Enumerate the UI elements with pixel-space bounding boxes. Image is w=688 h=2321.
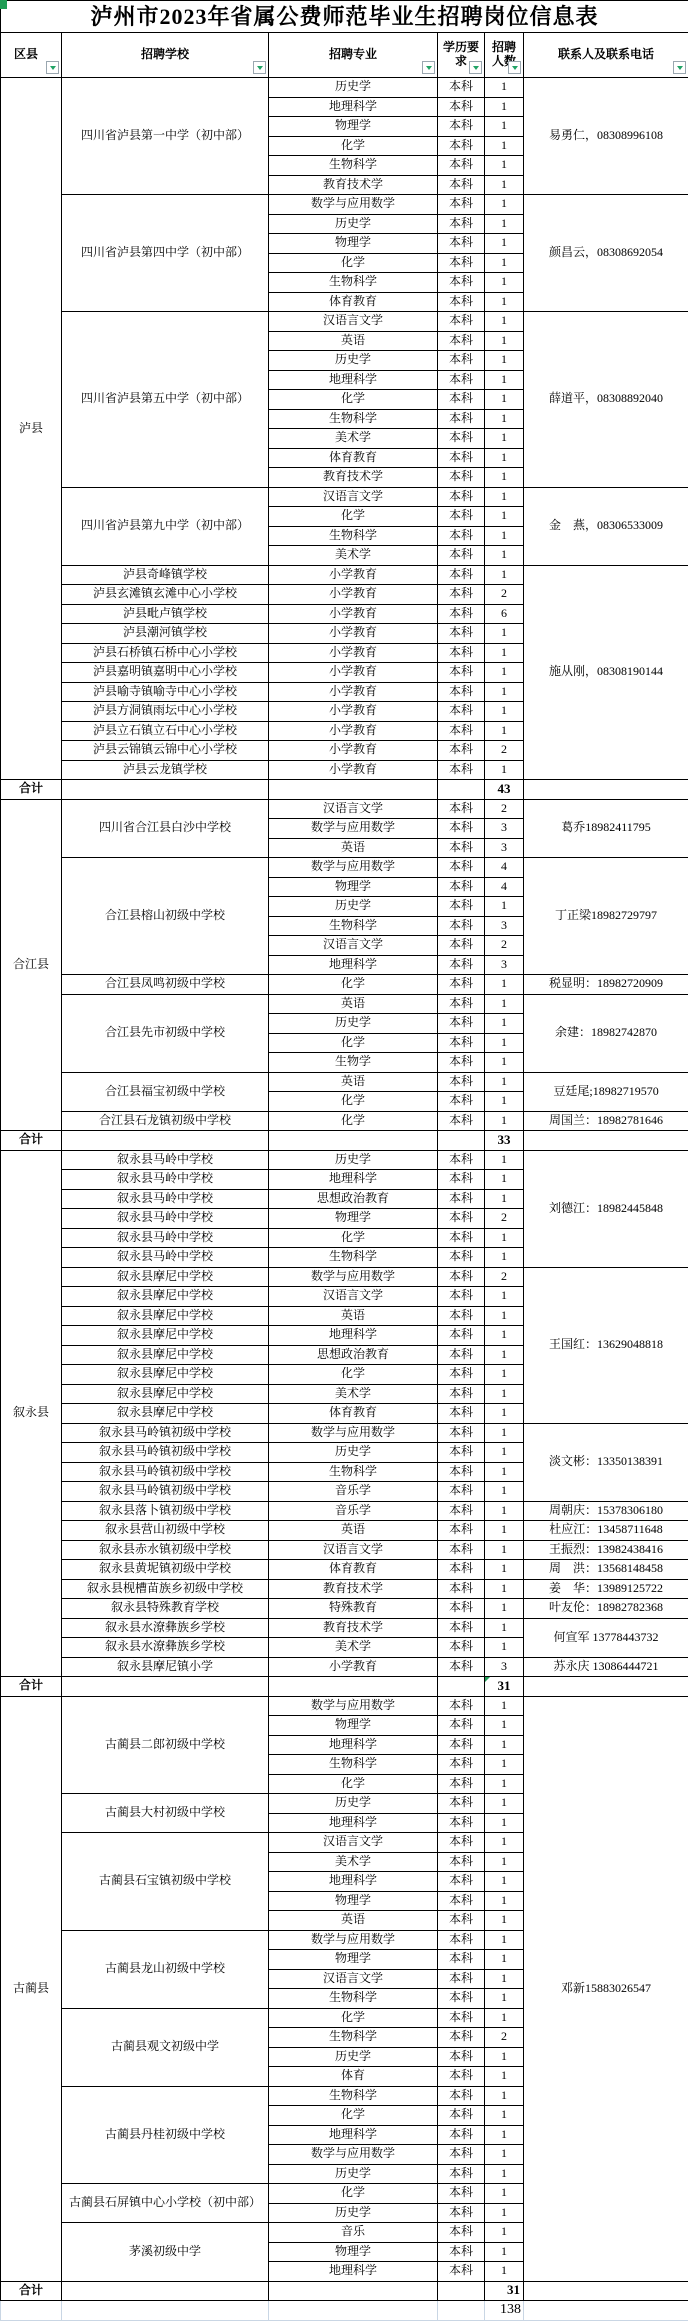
- count-cell: 1: [485, 78, 524, 98]
- count-cell: 1: [485, 1326, 524, 1346]
- school-cell: 叙永县摩尼中学校: [62, 1287, 269, 1307]
- degree-cell: 本科: [438, 663, 485, 683]
- degree-cell: 本科: [438, 936, 485, 956]
- major-cell: 生物科学: [269, 2086, 438, 2106]
- column-header-label: 联系人及联系电话: [558, 47, 654, 61]
- degree-cell: 本科: [438, 760, 485, 780]
- school-cell: 泸县立石镇立石中心小学校: [62, 721, 269, 741]
- degree-cell: 本科: [438, 624, 485, 644]
- degree-cell: 本科: [438, 468, 485, 488]
- table-row: 叙永县马岭镇初级中学校数学与应用数学本科1淡文彬：13350138391: [1, 1423, 688, 1443]
- major-cell: 生物科学: [269, 1755, 438, 1775]
- degree-cell: 本科: [438, 136, 485, 156]
- major-cell: 生物科学: [269, 156, 438, 176]
- school-cell: 叙永县摩尼中学校: [62, 1404, 269, 1424]
- count-cell: 4: [485, 858, 524, 878]
- subtotal-label: 合计: [1, 780, 62, 800]
- degree-cell: 本科: [438, 1521, 485, 1541]
- degree-cell: 本科: [438, 955, 485, 975]
- filter-dropdown-icon[interactable]: [673, 61, 686, 74]
- count-cell: 1: [485, 1150, 524, 1170]
- subtotal-label: 合计: [1, 1677, 62, 1697]
- sheet-corner-mark: [0, 0, 7, 9]
- school-cell: 叙永县特殊教育学校: [62, 1599, 269, 1619]
- contact-cell: 施从刚，08308190144: [524, 565, 688, 780]
- count-cell: 1: [485, 663, 524, 683]
- count-cell: 1: [485, 1501, 524, 1521]
- degree-cell: 本科: [438, 409, 485, 429]
- subtotal-count: 31: [485, 1677, 524, 1697]
- major-cell: 音乐学: [269, 1482, 438, 1502]
- empty-cell: [438, 1131, 485, 1151]
- degree-cell: 本科: [438, 2125, 485, 2145]
- degree-cell: 本科: [438, 1794, 485, 1814]
- count-cell: 1: [485, 975, 524, 995]
- table-row: 古蔺县古蔺县二郎初级中学校数学与应用数学本科1邓新15883026547: [1, 1696, 688, 1716]
- empty-cell: [524, 1131, 688, 1151]
- subtotal-row: 合计31: [1, 1677, 688, 1697]
- major-cell: 地理科学: [269, 1170, 438, 1190]
- count-cell: 1: [485, 1423, 524, 1443]
- degree-cell: 本科: [438, 214, 485, 234]
- major-cell: 小学教育: [269, 1657, 438, 1677]
- count-cell: 1: [485, 1638, 524, 1658]
- count-cell: 1: [485, 1072, 524, 1092]
- major-cell: 小学教育: [269, 585, 438, 605]
- count-cell: 1: [485, 1852, 524, 1872]
- count-cell: 1: [485, 2047, 524, 2067]
- contact-cell: 王国红：13629048818: [524, 1267, 688, 1423]
- count-cell: 1: [485, 136, 524, 156]
- school-cell: 叙永县马岭中学校: [62, 1228, 269, 1248]
- degree-cell: 本科: [438, 97, 485, 117]
- degree-cell: 本科: [438, 1501, 485, 1521]
- empty-cell: [269, 1131, 438, 1151]
- degree-cell: 本科: [438, 1579, 485, 1599]
- count-cell: 1: [485, 1170, 524, 1190]
- header-row: 区县 招聘学校 招聘专业 学历要求 招聘人数 联系人及联系电话: [1, 33, 688, 78]
- count-cell: 1: [485, 2145, 524, 2165]
- subtotal-count: 33: [485, 1131, 524, 1151]
- count-cell: 1: [485, 1111, 524, 1131]
- degree-cell: 本科: [438, 2067, 485, 2087]
- degree-cell: 本科: [438, 1872, 485, 1892]
- school-cell: 叙永县马岭中学校: [62, 1189, 269, 1209]
- count-cell: 1: [485, 2203, 524, 2223]
- count-cell: 1: [485, 1560, 524, 1580]
- major-cell: 生物科学: [269, 916, 438, 936]
- column-header-label: 招聘专业: [329, 47, 377, 61]
- column-header-count: 招聘人数: [485, 33, 524, 78]
- contact-cell: 周朝庆：15378306180: [524, 1501, 688, 1521]
- degree-cell: 本科: [438, 2086, 485, 2106]
- major-cell: 生物科学: [269, 526, 438, 546]
- major-cell: 小学教育: [269, 682, 438, 702]
- school-cell: 合江县先市初级中学校: [62, 994, 269, 1072]
- degree-cell: 本科: [438, 292, 485, 312]
- count-cell: 1: [485, 1033, 524, 1053]
- count-cell: 1: [485, 1872, 524, 1892]
- school-cell: 古蔺县龙山初级中学校: [62, 1930, 269, 2008]
- table-row: 叙永县水潦彝族乡学校教育技术学本科1何宣军 13778443732: [1, 1618, 688, 1638]
- degree-cell: 本科: [438, 429, 485, 449]
- school-cell: 古蔺县观文初级中学: [62, 2008, 269, 2086]
- major-cell: 音乐学: [269, 1501, 438, 1521]
- count-cell: 1: [485, 1579, 524, 1599]
- empty-cell: [269, 1677, 438, 1697]
- count-cell: 1: [485, 507, 524, 527]
- major-cell: 生物学: [269, 1053, 438, 1073]
- major-cell: 历史学: [269, 1150, 438, 1170]
- degree-cell: 本科: [438, 1696, 485, 1716]
- degree-cell: 本科: [438, 2242, 485, 2262]
- school-cell: 叙永县摩尼中学校: [62, 1326, 269, 1346]
- major-cell: 数学与应用数学: [269, 858, 438, 878]
- table-row: 合江县石龙镇初级中学校化学本科1周国兰：18982781646: [1, 1111, 688, 1131]
- count-cell: 1: [485, 195, 524, 215]
- major-cell: 物理学: [269, 1716, 438, 1736]
- major-cell: 思想政治教育: [269, 1345, 438, 1365]
- count-cell: 1: [485, 2184, 524, 2204]
- degree-cell: 本科: [438, 331, 485, 351]
- major-cell: 化学: [269, 2008, 438, 2028]
- major-cell: 物理学: [269, 2242, 438, 2262]
- region-label: 古蔺县: [1, 1696, 62, 2281]
- major-cell: 小学教育: [269, 565, 438, 585]
- major-cell: 数学与应用数学: [269, 819, 438, 839]
- school-cell: 四川省泸县第五中学（初中部）: [62, 312, 269, 488]
- degree-cell: 本科: [438, 1365, 485, 1385]
- contact-cell: 何宣军 13778443732: [524, 1618, 688, 1657]
- count-cell: 1: [485, 1891, 524, 1911]
- major-cell: 小学教育: [269, 760, 438, 780]
- school-cell: 古蔺县石屏镇中心小学校（初中部）: [62, 2184, 269, 2223]
- degree-cell: 本科: [438, 1774, 485, 1794]
- major-cell: 物理学: [269, 234, 438, 254]
- major-cell: 教育技术学: [269, 1618, 438, 1638]
- empty-cell: [524, 780, 688, 800]
- major-cell: 英语: [269, 994, 438, 1014]
- count-cell: 1: [485, 702, 524, 722]
- count-cell: 1: [485, 1950, 524, 1970]
- major-cell: 历史学: [269, 2203, 438, 2223]
- school-cell: 叙永县水潦彝族乡学校: [62, 1618, 269, 1638]
- filter-dropdown-icon[interactable]: [422, 61, 435, 74]
- count-cell: 1: [485, 994, 524, 1014]
- count-cell: 1: [485, 234, 524, 254]
- degree-cell: 本科: [438, 877, 485, 897]
- table-row: 叙永县叙永县马岭中学校历史学本科1刘德江：18982445848: [1, 1150, 688, 1170]
- count-cell: 1: [485, 292, 524, 312]
- count-cell: 2: [485, 2028, 524, 2048]
- subtotal-count: 31: [485, 2281, 524, 2301]
- page-title: 泸州市2023年省属公费师范毕业生招聘岗位信息表: [1, 1, 688, 33]
- major-cell: 生物科学: [269, 273, 438, 293]
- major-cell: 小学教育: [269, 702, 438, 722]
- major-cell: 物理学: [269, 1891, 438, 1911]
- degree-cell: 本科: [438, 487, 485, 507]
- major-cell: 体育教育: [269, 448, 438, 468]
- degree-cell: 本科: [438, 1014, 485, 1034]
- school-cell: 叙永县马岭中学校: [62, 1209, 269, 1229]
- major-cell: 体育: [269, 2067, 438, 2087]
- school-cell: 叙永县马岭中学校: [62, 1150, 269, 1170]
- filter-dropdown-icon[interactable]: [253, 61, 266, 74]
- empty-cell: [524, 1677, 688, 1697]
- degree-cell: 本科: [438, 1326, 485, 1346]
- degree-cell: 本科: [438, 721, 485, 741]
- degree-cell: 本科: [438, 507, 485, 527]
- degree-cell: 本科: [438, 741, 485, 761]
- count-cell: 1: [485, 1365, 524, 1385]
- count-cell: 1: [485, 1755, 524, 1775]
- count-cell: 1: [485, 97, 524, 117]
- degree-cell: 本科: [438, 1111, 485, 1131]
- degree-cell: 本科: [438, 1228, 485, 1248]
- school-cell: 泸县云龙镇学校: [62, 760, 269, 780]
- contact-cell: 周国兰：18982781646: [524, 1111, 688, 1131]
- school-cell: 叙永县黄坭镇初级中学校: [62, 1560, 269, 1580]
- column-header-contact: 联系人及联系电话: [524, 33, 688, 78]
- table-row: 叙永县营山初级中学校英语本科1杜应江：13458711648: [1, 1521, 688, 1541]
- table-row: 合江县先市初级中学校英语本科1余建：18982742870: [1, 994, 688, 1014]
- school-cell: 四川省泸县第九中学（初中部）: [62, 487, 269, 565]
- degree-cell: 本科: [438, 1657, 485, 1677]
- major-cell: 小学教育: [269, 663, 438, 683]
- major-cell: 地理科学: [269, 2262, 438, 2282]
- major-cell: 历史学: [269, 897, 438, 917]
- major-cell: 教育技术学: [269, 1579, 438, 1599]
- degree-cell: 本科: [438, 351, 485, 371]
- major-cell: 历史学: [269, 214, 438, 234]
- count-cell: 1: [485, 253, 524, 273]
- major-cell: 物理学: [269, 1209, 438, 1229]
- title-row: 泸州市2023年省属公费师范毕业生招聘岗位信息表: [1, 1, 688, 33]
- contact-cell: 邓新15883026547: [524, 1696, 688, 2281]
- degree-cell: 本科: [438, 1560, 485, 1580]
- school-cell: 古蔺县丹桂初级中学校: [62, 2086, 269, 2184]
- major-cell: 化学: [269, 975, 438, 995]
- count-cell: 1: [485, 1833, 524, 1853]
- degree-cell: 本科: [438, 156, 485, 176]
- empty-cell: [269, 780, 438, 800]
- degree-cell: 本科: [438, 2184, 485, 2204]
- count-cell: 3: [485, 916, 524, 936]
- school-cell: 合江县榕山初级中学校: [62, 858, 269, 975]
- count-cell: 1: [485, 1540, 524, 1560]
- table-row: 叙永县摩尼中学校数学与应用数学本科2王国红：13629048818: [1, 1267, 688, 1287]
- degree-cell: 本科: [438, 2028, 485, 2048]
- major-cell: 汉语言文学: [269, 1540, 438, 1560]
- major-cell: 英语: [269, 1072, 438, 1092]
- degree-cell: 本科: [438, 195, 485, 215]
- contact-cell: 刘德江：18982445848: [524, 1150, 688, 1267]
- school-cell: 泸县方洞镇雨坛中心小学校: [62, 702, 269, 722]
- degree-cell: 本科: [438, 1638, 485, 1658]
- major-cell: 生物科学: [269, 2028, 438, 2048]
- degree-cell: 本科: [438, 1891, 485, 1911]
- count-cell: 1: [485, 526, 524, 546]
- degree-cell: 本科: [438, 1852, 485, 1872]
- subtotal-count: 43: [485, 780, 524, 800]
- count-cell: 1: [485, 565, 524, 585]
- empty-cell: [438, 2281, 485, 2301]
- contact-cell: 余建：18982742870: [524, 994, 688, 1072]
- degree-cell: 本科: [438, 1969, 485, 1989]
- major-cell: 美术学: [269, 1638, 438, 1658]
- table-row: 叙永县特殊教育学校特殊教育本科1叶友伦：18982782368: [1, 1599, 688, 1619]
- major-cell: 教育技术学: [269, 175, 438, 195]
- count-cell: 1: [485, 1462, 524, 1482]
- degree-cell: 本科: [438, 117, 485, 137]
- degree-cell: 本科: [438, 390, 485, 410]
- table-row: 合江县福宝初级中学校英语本科1豆廷尾;18982719570: [1, 1072, 688, 1092]
- count-cell: 3: [485, 1657, 524, 1677]
- degree-cell: 本科: [438, 1345, 485, 1365]
- major-cell: 数学与应用数学: [269, 195, 438, 215]
- count-cell: 1: [485, 409, 524, 429]
- major-cell: 历史学: [269, 1014, 438, 1034]
- degree-cell: 本科: [438, 1989, 485, 2009]
- degree-cell: 本科: [438, 682, 485, 702]
- filter-dropdown-icon[interactable]: [508, 61, 521, 74]
- count-cell: 1: [485, 643, 524, 663]
- grand-total-count: 138: [485, 2301, 524, 2321]
- school-cell: 泸县潮河镇学校: [62, 624, 269, 644]
- major-cell: 历史学: [269, 351, 438, 371]
- major-cell: 化学: [269, 507, 438, 527]
- count-cell: 1: [485, 273, 524, 293]
- empty-cell: [62, 780, 269, 800]
- major-cell: 英语: [269, 838, 438, 858]
- school-cell: 叙永县摩尼中学校: [62, 1384, 269, 1404]
- empty-cell: [269, 2301, 438, 2321]
- school-cell: 叙永县摩尼中学校: [62, 1306, 269, 1326]
- major-cell: 汉语言文学: [269, 799, 438, 819]
- degree-cell: 本科: [438, 819, 485, 839]
- count-cell: 3: [485, 838, 524, 858]
- count-cell: 1: [485, 2125, 524, 2145]
- school-cell: 叙永县马岭镇初级中学校: [62, 1482, 269, 1502]
- degree-cell: 本科: [438, 2008, 485, 2028]
- filter-dropdown-icon[interactable]: [46, 61, 59, 74]
- contact-cell: 易勇仁，08308996108: [524, 78, 688, 195]
- subtotal-label: 合计: [1, 1131, 62, 1151]
- major-cell: 化学: [269, 1365, 438, 1385]
- major-cell: 历史学: [269, 2047, 438, 2067]
- subtotal-row: 合计31: [1, 2281, 688, 2301]
- degree-cell: 本科: [438, 1150, 485, 1170]
- count-cell: 1: [485, 1696, 524, 1716]
- count-cell: 1: [485, 2008, 524, 2028]
- count-cell: 1: [485, 390, 524, 410]
- contact-cell: 淡文彬：13350138391: [524, 1423, 688, 1501]
- degree-cell: 本科: [438, 175, 485, 195]
- degree-cell: 本科: [438, 2106, 485, 2126]
- degree-cell: 本科: [438, 78, 485, 98]
- empty-cell: [524, 2281, 688, 2301]
- count-cell: 2: [485, 1209, 524, 1229]
- degree-cell: 本科: [438, 643, 485, 663]
- count-cell: 1: [485, 1599, 524, 1619]
- count-cell: 1: [485, 1482, 524, 1502]
- count-cell: 1: [485, 2223, 524, 2243]
- degree-cell: 本科: [438, 799, 485, 819]
- count-cell: 1: [485, 1774, 524, 1794]
- count-cell: 1: [485, 429, 524, 449]
- major-cell: 化学: [269, 1111, 438, 1131]
- major-cell: 英语: [269, 1911, 438, 1931]
- count-cell: 1: [485, 1248, 524, 1268]
- table-row: 泸县四川省泸县第一中学（初中部）历史学本科1易勇仁，08308996108: [1, 78, 688, 98]
- count-cell: 4: [485, 877, 524, 897]
- degree-cell: 本科: [438, 565, 485, 585]
- empty-cell: [62, 1677, 269, 1697]
- major-cell: 生物科学: [269, 1248, 438, 1268]
- table-row: 合江县凤鸣初级中学校化学本科1税显明：18982720909: [1, 975, 688, 995]
- count-cell: 2: [485, 1267, 524, 1287]
- count-cell: 1: [485, 2164, 524, 2184]
- school-cell: 叙永县摩尼中学校: [62, 1345, 269, 1365]
- major-cell: 历史学: [269, 1443, 438, 1463]
- column-header-label: 招聘学校: [141, 47, 189, 61]
- major-cell: 数学与应用数学: [269, 1930, 438, 1950]
- major-cell: 地理科学: [269, 370, 438, 390]
- degree-cell: 本科: [438, 1911, 485, 1931]
- degree-cell: 本科: [438, 546, 485, 566]
- major-cell: 汉语言文学: [269, 312, 438, 332]
- degree-cell: 本科: [438, 1287, 485, 1307]
- count-cell: 3: [485, 955, 524, 975]
- count-cell: 1: [485, 2067, 524, 2087]
- region-label: 泸县: [1, 78, 62, 780]
- table-row: 叙永县赤水镇初级中学校汉语言文学本科1王振烈：13982438416: [1, 1540, 688, 1560]
- count-cell: 1: [485, 2086, 524, 2106]
- table-row: 合江县榕山初级中学校数学与应用数学本科4丁正梁18982729797: [1, 858, 688, 878]
- contact-cell: 杜应江：13458711648: [524, 1521, 688, 1541]
- subtotal-row: 合计33: [1, 1131, 688, 1151]
- empty-cell: [62, 1131, 269, 1151]
- empty-cell: [524, 2301, 688, 2321]
- contact-cell: 周 洪：13568148458: [524, 1560, 688, 1580]
- degree-cell: 本科: [438, 604, 485, 624]
- count-cell: 1: [485, 1813, 524, 1833]
- count-cell: 1: [485, 1384, 524, 1404]
- filter-dropdown-icon[interactable]: [469, 61, 482, 74]
- major-cell: 化学: [269, 1033, 438, 1053]
- degree-cell: 本科: [438, 1833, 485, 1853]
- column-header-region: 区县: [1, 33, 62, 78]
- degree-cell: 本科: [438, 1755, 485, 1775]
- count-cell: 1: [485, 1287, 524, 1307]
- count-cell: 1: [485, 1911, 524, 1931]
- degree-cell: 本科: [438, 1716, 485, 1736]
- count-cell: 2: [485, 936, 524, 956]
- count-cell: 1: [485, 2262, 524, 2282]
- count-cell: 1: [485, 1306, 524, 1326]
- degree-cell: 本科: [438, 312, 485, 332]
- major-cell: 小学教育: [269, 604, 438, 624]
- count-cell: 1: [485, 1618, 524, 1638]
- count-cell: 1: [485, 351, 524, 371]
- count-cell: 1: [485, 1735, 524, 1755]
- degree-cell: 本科: [438, 234, 485, 254]
- count-cell: 1: [485, 175, 524, 195]
- count-cell: 1: [485, 448, 524, 468]
- degree-cell: 本科: [438, 1618, 485, 1638]
- major-cell: 历史学: [269, 1794, 438, 1814]
- degree-cell: 本科: [438, 975, 485, 995]
